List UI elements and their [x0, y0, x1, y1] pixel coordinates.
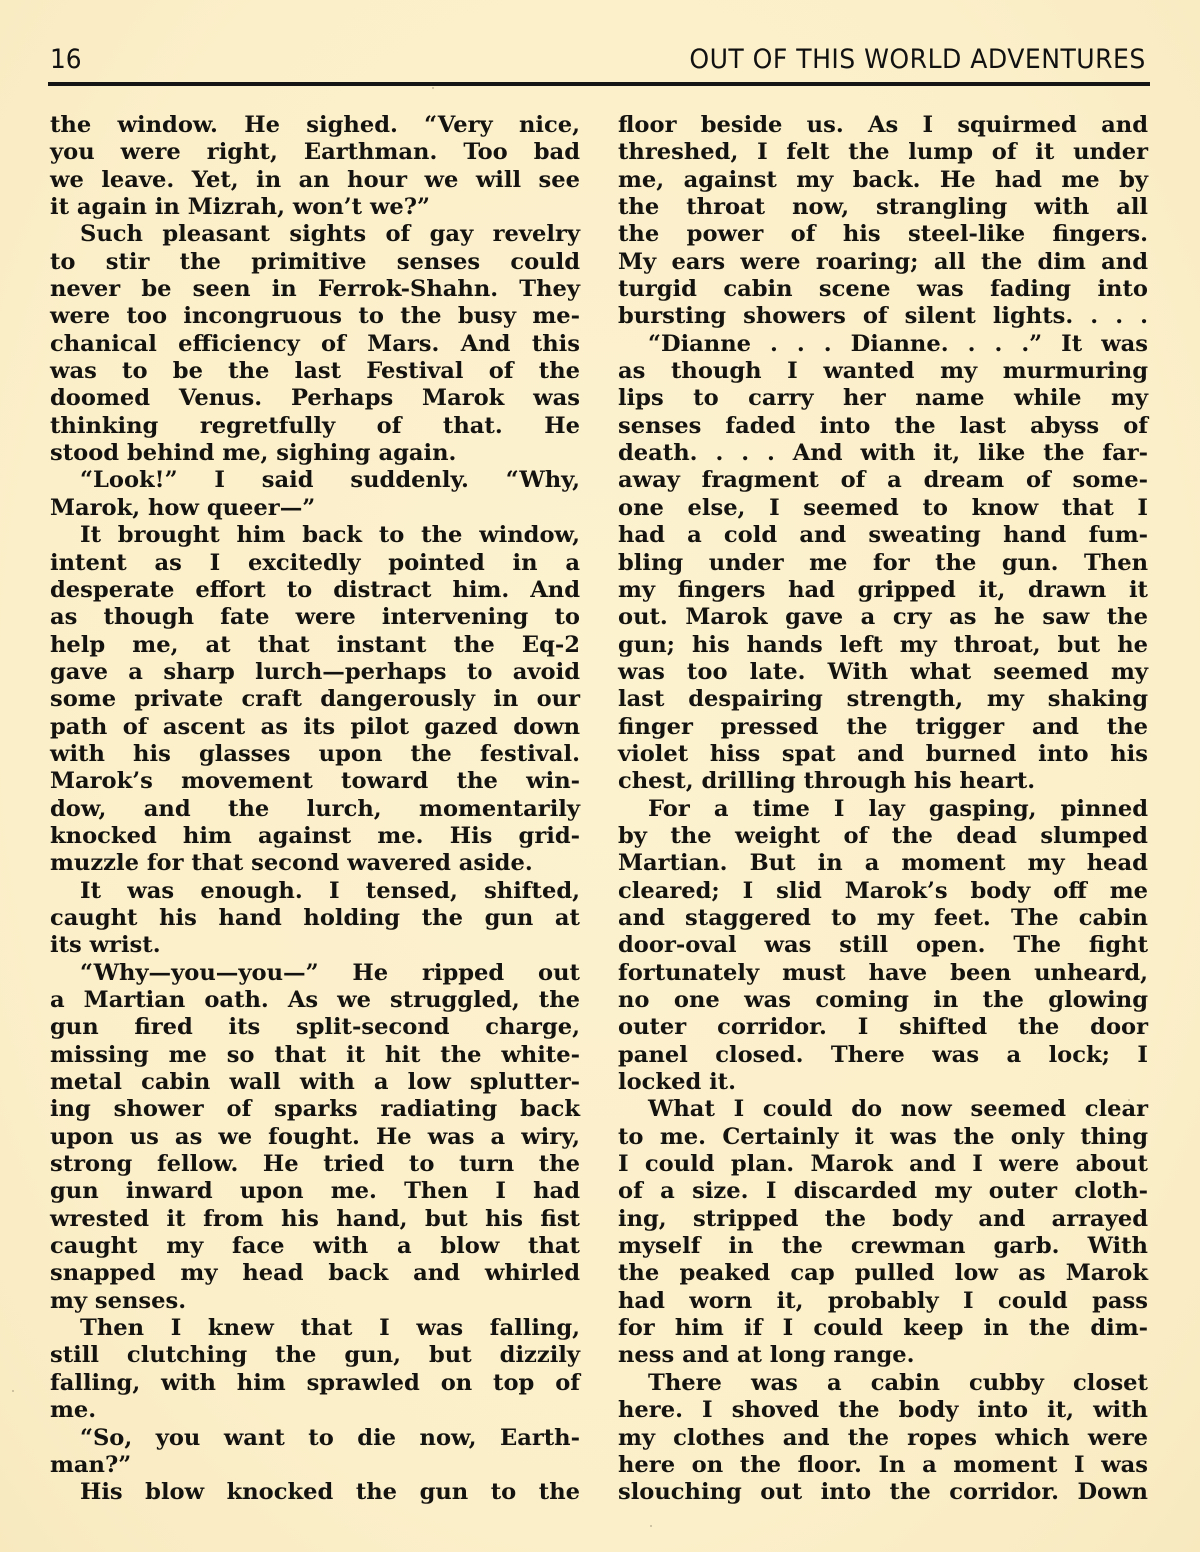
text-line: knocked him against me. His grid- [50, 823, 580, 850]
text-line: dow, and the lurch, momentarily [50, 796, 580, 823]
text-line: it again in Mizrah, won’t we?” [50, 194, 580, 221]
text-line: path of ascent as its pilot gazed down [50, 714, 580, 741]
text-line: “Dianne . . . Dianne. . . .” It was [618, 331, 1148, 358]
text-line: had worn it, probably I could pass [618, 1288, 1148, 1315]
text-line: doomed Venus. Perhaps Marok was [50, 385, 580, 412]
text-line: My ears were roaring; all the dim and [618, 249, 1148, 276]
text-line: you were right, Earthman. Too bad [50, 139, 580, 166]
running-head: 16 OUT OF THIS WORLD ADVENTURES [48, 40, 1148, 80]
text-line: senses faded into the last abyss of [618, 413, 1148, 440]
page-number: 16 [50, 44, 82, 75]
paper-speck [432, 87, 434, 89]
text-line: out. Marok gave a cry as he saw the [618, 604, 1148, 631]
paper-speck [1128, 560, 1130, 562]
text-line: muzzle for that second wavered aside. [50, 850, 580, 877]
text-line: and staggered to my feet. The cabin [618, 905, 1148, 932]
text-line: “Why—you—you—” He ripped out [50, 960, 580, 987]
text-line: panel closed. There was a lock; I [618, 1042, 1148, 1069]
text-line: the peaked cap pulled low as Marok [618, 1260, 1148, 1287]
text-line: slouching out into the corridor. Down [618, 1479, 1148, 1506]
text-line: It brought him back to the window, [50, 522, 580, 549]
text-line: cleared; I slid Marok’s body off me [618, 878, 1148, 905]
text-line: bursting showers of silent lights. . . . [618, 303, 1148, 330]
text-line: we leave. Yet, in an hour we will see [50, 167, 580, 194]
text-line: upon us as we fought. He was a wiry, [50, 1124, 580, 1151]
text-line: away fragment of a dream of some- [618, 467, 1148, 494]
text-line: help me, at that instant the Eq-2 [50, 632, 580, 659]
text-line: gun; his hands left my throat, but he [618, 632, 1148, 659]
text-line: as though I wanted my murmuring [618, 358, 1148, 385]
text-line: door-oval was still open. The fight [618, 932, 1148, 959]
text-line: bling under me for the gun. Then [618, 550, 1148, 577]
text-line: here on the floor. In a moment I was [618, 1452, 1148, 1479]
text-line: outer corridor. I shifted the door [618, 1014, 1148, 1041]
text-line: still clutching the gun, but dizzily [50, 1342, 580, 1369]
text-line: was to be the last Festival of the [50, 358, 580, 385]
header-rule [48, 82, 1150, 86]
text-line: missing me so that it hit the white- [50, 1042, 580, 1069]
text-line: were too incongruous to the busy me- [50, 303, 580, 330]
text-line: “So, you want to die now, Earth- [50, 1425, 580, 1452]
text-line: There was a cabin cubby closet [618, 1370, 1148, 1397]
text-line: floor beside us. As I squirmed and [618, 112, 1148, 139]
text-line: never be seen in Ferrok-Shahn. They [50, 276, 580, 303]
text-line: stood behind me, sighing again. [50, 440, 580, 467]
paper-speck [650, 1525, 652, 1527]
text-line: was too late. With what seemed my [618, 659, 1148, 686]
text-line: locked it. [618, 1069, 1148, 1096]
text-line: no one was coming in the glowing [618, 987, 1148, 1014]
paper-speck [1128, 1099, 1130, 1101]
text-line: snapped my head back and whirled [50, 1260, 580, 1287]
text-line: falling, with him sprawled on top of [50, 1370, 580, 1397]
text-line: threshed, I felt the lump of it under [618, 139, 1148, 166]
text-line: last despairing strength, my shaking [618, 686, 1148, 713]
text-line: What I could do now seemed clear [618, 1096, 1148, 1123]
text-line: its wrist. [50, 932, 580, 959]
text-line: death. . . . And with it, like the far- [618, 440, 1148, 467]
text-line: ing shower of sparks radiating back [50, 1096, 580, 1123]
text-line: caught his hand holding the gun at [50, 905, 580, 932]
text-line: one else, I seemed to know that I [618, 495, 1148, 522]
text-line: wrested it from his hand, but his fist [50, 1206, 580, 1233]
text-line: a Martian oath. As we struggled, the [50, 987, 580, 1014]
text-line: strong fellow. He tried to turn the [50, 1151, 580, 1178]
text-line: chanical efficiency of Mars. And this [50, 331, 580, 358]
text-line: thinking regretfully of that. He [50, 413, 580, 440]
text-line: intent as I excitedly pointed in a [50, 550, 580, 577]
text-line: me, against my back. He had me by [618, 167, 1148, 194]
text-column-left: the window. He sighed. “Very nice,you we… [50, 112, 580, 1507]
text-line: some private craft dangerously in our [50, 686, 580, 713]
text-line: metal cabin wall with a low splutter- [50, 1069, 580, 1096]
text-line: I could plan. Marok and I were about [618, 1151, 1148, 1178]
text-line: chest, drilling through his heart. [618, 768, 1148, 795]
text-line: For a time I lay gasping, pinned [618, 796, 1148, 823]
text-line: Such pleasant sights of gay revelry [50, 221, 580, 248]
text-line: the window. He sighed. “Very nice, [50, 112, 580, 139]
text-line: gave a sharp lurch—perhaps to avoid [50, 659, 580, 686]
text-line: Then I knew that I was falling, [50, 1315, 580, 1342]
text-line: by the weight of the dead slumped [618, 823, 1148, 850]
text-line: to stir the primitive senses could [50, 249, 580, 276]
text-line: Marok’s movement toward the win- [50, 768, 580, 795]
text-line: as though fate were intervening to [50, 604, 580, 631]
text-line: It was enough. I tensed, shifted, [50, 878, 580, 905]
text-line: me. [50, 1397, 580, 1424]
text-line: gun inward upon me. Then I had [50, 1178, 580, 1205]
text-line: my clothes and the ropes which were [618, 1425, 1148, 1452]
text-line: here. I shoved the body into it, with [618, 1397, 1148, 1424]
text-line: to me. Certainly it was the only thing [618, 1124, 1148, 1151]
text-line: caught my face with a blow that [50, 1233, 580, 1260]
magazine-page: 16 OUT OF THIS WORLD ADVENTURES the wind… [0, 0, 1200, 1552]
text-line: myself in the crewman garb. With [618, 1233, 1148, 1260]
text-line: His blow knocked the gun to the [50, 1479, 580, 1506]
text-line: of a size. I discarded my outer cloth- [618, 1178, 1148, 1205]
text-line: turgid cabin scene was fading into [618, 276, 1148, 303]
text-line: lips to carry her name while my [618, 385, 1148, 412]
text-line: Marok, how queer—” [50, 495, 580, 522]
text-column-right: floor beside us. As I squirmed andthresh… [618, 112, 1148, 1507]
magazine-title: OUT OF THIS WORLD ADVENTURES [690, 44, 1146, 75]
paper-speck [12, 1390, 14, 1392]
text-line: the power of his steel-like fingers. [618, 221, 1148, 248]
text-line: ness and at long range. [618, 1342, 1148, 1369]
text-line: my senses. [50, 1288, 580, 1315]
text-line: the throat now, strangling with all [618, 194, 1148, 221]
text-line: desperate effort to distract him. And [50, 577, 580, 604]
text-line: ing, stripped the body and arrayed [618, 1206, 1148, 1233]
text-line: finger pressed the trigger and the [618, 714, 1148, 741]
text-line: had a cold and sweating hand fum- [618, 522, 1148, 549]
text-line: Martian. But in a moment my head [618, 850, 1148, 877]
text-line: man?” [50, 1452, 580, 1479]
text-line: fortunately must have been unheard, [618, 960, 1148, 987]
text-line: for him if I could keep in the dim- [618, 1315, 1148, 1342]
text-line: with his glasses upon the festival. [50, 741, 580, 768]
text-line: violet hiss spat and burned into his [618, 741, 1148, 768]
text-line: my fingers had gripped it, drawn it [618, 577, 1148, 604]
text-line: gun fired its split-second charge, [50, 1014, 580, 1041]
text-line: “Look!” I said suddenly. “Why, [50, 467, 580, 494]
